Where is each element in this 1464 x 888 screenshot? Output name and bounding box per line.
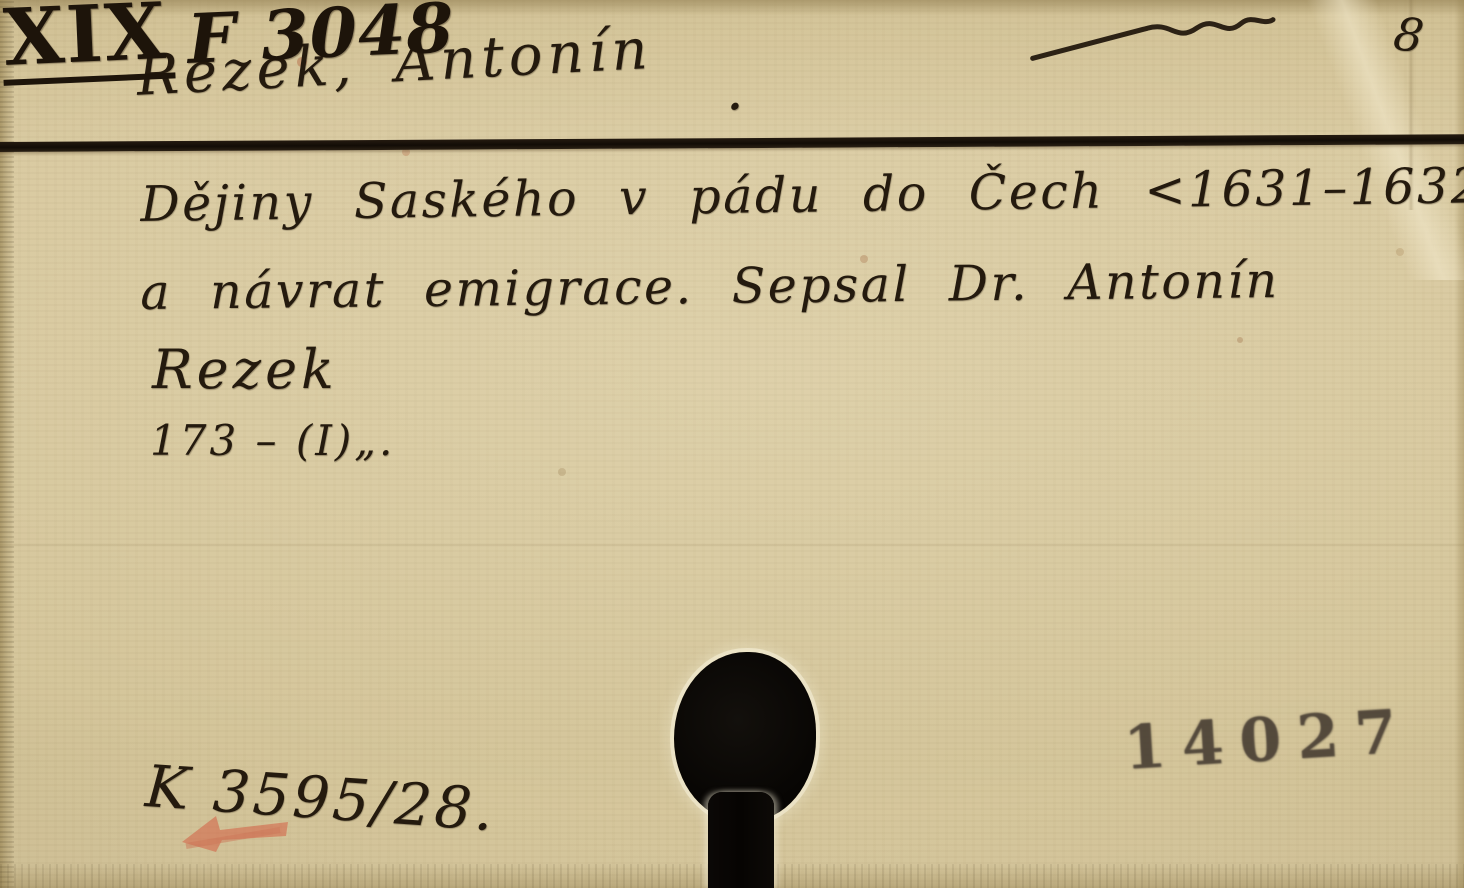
call-number-roman: XIX: [0, 0, 175, 86]
red-check-mark: [176, 806, 294, 862]
inventory-stamp: 14027: [1122, 696, 1414, 783]
header-rule-line: [0, 134, 1464, 152]
call-number-code: F 3048: [186, 0, 456, 74]
paper-fold-line: [0, 543, 1464, 547]
pagination-note: 173 – (I)„.: [150, 416, 395, 465]
card-left-edge: [0, 0, 14, 888]
catalog-card: Rezek, Antonín . XIX F 3048 8 Dějiny Sas…: [0, 0, 1464, 888]
title-line-1: Dějiny Saského v pádu do Čech <1631–1632…: [140, 157, 1464, 233]
punch-hole-slot: [708, 792, 774, 888]
title-line-3: Rezek: [152, 338, 338, 401]
author-heading-dot: .: [726, 58, 744, 123]
title-line-2: a návrat emigrace. Sepsal Dr. Antonín: [140, 252, 1280, 321]
